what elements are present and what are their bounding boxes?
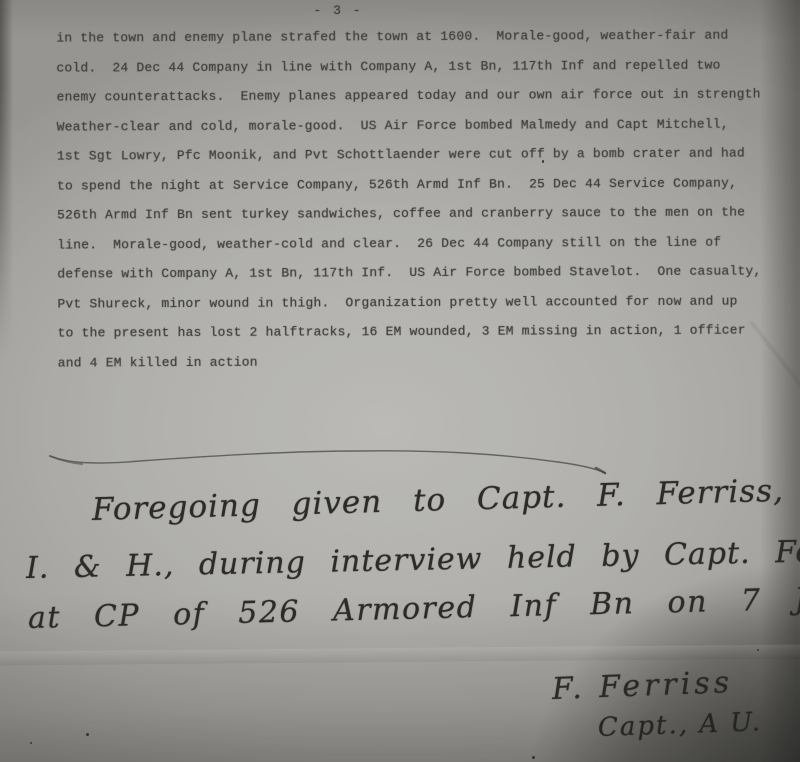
- typed-line: defense with Company A, 1st Bn, 117th In…: [57, 256, 777, 289]
- handwritten-note-line-3: at CP of 526 Armored Inf Bn on 7 Jan.'45: [28, 579, 800, 636]
- typed-line: 526th Armd Inf Bn sent turkey sandwiches…: [57, 197, 777, 230]
- handwritten-note-line-1: Foregoing given to Capt. F. Ferriss, 4th: [91, 471, 800, 528]
- typed-line: line. Morale-good, weather-cold and clea…: [57, 227, 777, 260]
- dust-speck: [86, 733, 89, 736]
- paper-crease-bottom: [0, 644, 800, 665]
- dust-speck: [757, 649, 759, 651]
- dust-speck: [532, 756, 535, 759]
- signature: F. Ferriss: [551, 665, 733, 707]
- typed-line: Pvt Shureck, minor wound in thigh. Organ…: [57, 286, 777, 319]
- handwritten-note-line-1-text: Foregoing given to Capt. F. Ferriss, 4: [91, 471, 800, 528]
- typed-line: Weather-clear and cold, morale-good. US …: [57, 109, 777, 142]
- typed-line: in the town and enemy plane strafed the …: [56, 20, 776, 53]
- signature-title: Capt., A U.: [597, 707, 762, 743]
- typed-line: to spend the night at Service Company, 5…: [57, 168, 777, 201]
- typed-line: enemy counterattacks. Enemy planes appea…: [56, 79, 776, 112]
- typed-line: cold. 24 Dec 44 Company in line with Com…: [56, 50, 776, 83]
- scanned-document-page: - 3 - in the town and enemy plane strafe…: [0, 0, 800, 762]
- typed-report-text: in the town and enemy plane strafed the …: [56, 20, 778, 377]
- typed-line: 1st Sgt Lowry, Pfc Moonik, and Pvt Schot…: [57, 138, 777, 171]
- left-page-edge-shadow: [0, 0, 13, 360]
- typed-line: to the present has lost 2 halftracks, 16…: [58, 315, 778, 348]
- dust-speck: [30, 742, 32, 744]
- handwritten-note-line-2: I. & H., during interview held by Capt. …: [26, 533, 800, 586]
- page-number: - 3 -: [313, 3, 362, 18]
- typed-line: and 4 EM killed in action: [58, 345, 778, 378]
